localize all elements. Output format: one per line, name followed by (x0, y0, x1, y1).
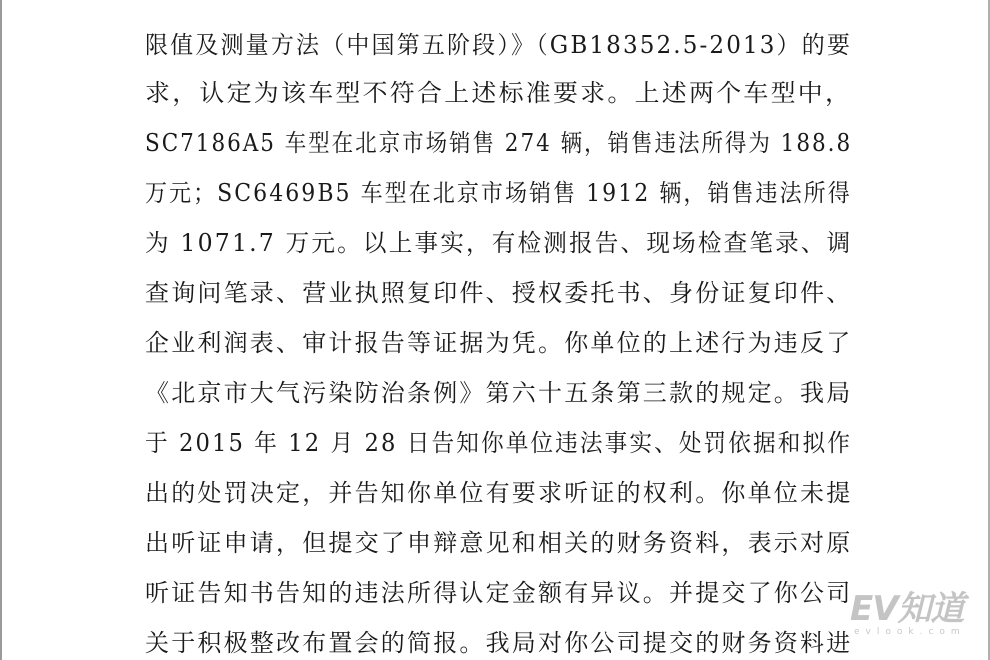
text-line: 出的处罚决定，并告知你单位有要求听证的权利。你单位未提 (145, 476, 852, 510)
text-line: 关于积极整改布置会的简报。我局对你公司提交的财务资料进 (145, 626, 852, 660)
text-line: 于 2015 年 12 月 28 日告知你单位违法事实、处罚依据和拟作 (145, 426, 852, 460)
watermark: EV知道 evlook.com (850, 590, 990, 640)
text-line: 《北京市大气污染防治条例》第六十五条第三款的规定。我局 (145, 376, 852, 410)
text-line: 万元；SC6469B5 车型在北京市场销售 1912 辆，销售违法所得 (145, 176, 852, 210)
watermark-logo: EV知道 (850, 590, 964, 628)
document-page: 限值及测量方法（中国第五阶段）》（GB18352.5-2013）的要 求，认定为… (0, 0, 990, 660)
text-line: 限值及测量方法（中国第五阶段）》（GB18352.5-2013）的要 (145, 28, 852, 62)
text-line: 为 1071.7 万元。以上事实，有检测报告、现场检查笔录、调 (145, 226, 852, 260)
text-line: SC7186A5 车型在北京市场销售 274 辆，销售违法所得为 188.8 (145, 126, 852, 160)
text-line: 听证告知书告知的违法所得认定金额有异议。并提交了你公司 (145, 576, 852, 610)
text-line: 查询问笔录、营业执照复印件、授权委托书、身份证复印件、 (145, 276, 852, 310)
text-line: 出听证申请，但提交了申辩意见和相关的财务资料，表示对原 (145, 526, 852, 560)
text-line: 企业利润表、审计报告等证据为凭。你单位的上述行为违反了 (145, 326, 852, 360)
watermark-url: evlook.com (854, 627, 966, 637)
text-line: 求，认定为该车型不符合上述标准要求。上述两个车型中， (145, 76, 852, 110)
